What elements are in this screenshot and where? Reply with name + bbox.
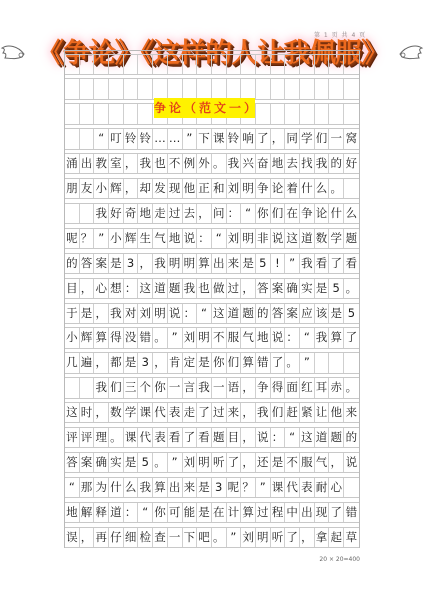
grid-cell: 正 (197, 179, 212, 198)
grid-cell: 3 (124, 254, 139, 273)
grid-cell: 。 (212, 154, 227, 173)
grid-cell: 。 (329, 179, 344, 198)
grid-cell (65, 378, 80, 397)
grid-cell: 却 (138, 179, 153, 198)
grid-cell: 理 (94, 428, 109, 447)
grid-cell: 说 (168, 304, 183, 323)
grid-cell: 实 (109, 453, 124, 472)
grid-row: 我们三个你一言我一语，争得面红耳赤。 (65, 374, 359, 399)
grid-cell (300, 55, 315, 74)
grid-cell: 课 (138, 403, 153, 422)
grid-row: 涌出教室，我也不例外。我兴奋地去找我的好 (65, 150, 359, 175)
row-cells: 朋友小辉，却发现他正和刘明争论着什么。 (65, 179, 359, 199)
grid-cell (153, 79, 168, 98)
grid-cell: 说 (256, 428, 271, 447)
grid-cell: 的 (329, 154, 344, 173)
grid-cell: 拿 (315, 528, 330, 547)
grid-cell: 算 (241, 353, 256, 372)
grid-cell: 在 (212, 503, 227, 522)
grid-cell: ： (183, 304, 198, 323)
grid-cell: ” (168, 453, 183, 472)
grid-cell: 他 (329, 403, 344, 422)
grid-cell: 了 (285, 528, 300, 547)
grid-cell: ， (80, 279, 95, 298)
grid-cell: 道 (109, 503, 124, 522)
essay-heading: 争论（范文一） (154, 98, 255, 118)
row-cells: “那为什么我算出来是3呢？”课代表耐心 (65, 478, 359, 498)
grid-cell: ， (80, 528, 95, 547)
grid-cell: 心 (329, 478, 344, 497)
grid-cell: 明 (153, 304, 168, 323)
grid-cell: ？ (80, 229, 95, 248)
grid-cell: ： (227, 204, 242, 223)
grid-cell: 着 (285, 179, 300, 198)
grid-cell: 出 (300, 503, 315, 522)
grid-cell (256, 79, 271, 98)
grid-cell (138, 79, 153, 98)
grid-cell: 了 (329, 254, 344, 273)
grid-cell: 再 (94, 528, 109, 547)
grid-cell: 了 (183, 428, 198, 447)
grid-cell: 案 (285, 304, 300, 323)
grid-cell: 们 (271, 204, 286, 223)
grid-cell: 非 (256, 229, 271, 248)
grid-cell: 表 (153, 428, 168, 447)
grid-cell: 的 (344, 428, 359, 447)
grid-cell (65, 129, 80, 148)
grid-cell: 三 (124, 378, 139, 397)
grid-cell: ” (168, 328, 183, 347)
grid-cell: 听 (271, 528, 286, 547)
grid-cell (285, 79, 300, 98)
grid-cell: 课 (271, 478, 286, 497)
grid-row: 小辉算得没错。”刘明不服气地说：“我算了 (65, 324, 359, 349)
grid-cell: 道 (153, 279, 168, 298)
grid-cell (271, 79, 286, 98)
grid-cell: 我 (256, 403, 271, 422)
grid-cell: 学 (329, 229, 344, 248)
grid-cell: “ (285, 428, 300, 447)
grid-cell: 案 (271, 279, 286, 298)
grid-cell: ， (124, 179, 139, 198)
grid-cell: 检 (138, 528, 153, 547)
grid-cell (124, 79, 139, 98)
grid-size-label: 20 × 20=400 (300, 556, 360, 563)
grid-row: 答案确实是5。”刘明听了，还是不服气，说 (65, 448, 359, 473)
grid-cell (109, 79, 124, 98)
grid-cell (183, 55, 198, 74)
grid-cell: ： (197, 229, 212, 248)
grid-cell: “ (241, 204, 256, 223)
grid-cell: 铃 (227, 129, 242, 148)
grid-cell: 。 (153, 453, 168, 472)
grid-cell: 过 (168, 204, 183, 223)
grid-cell: 是 (80, 304, 95, 323)
grid-cell: 题 (344, 229, 359, 248)
grid-cell (271, 55, 286, 74)
grid-cell: 定 (183, 353, 198, 372)
grid-cell: 问 (212, 204, 227, 223)
grid-cell: 是 (197, 503, 212, 522)
grid-cell: 5 (344, 304, 359, 323)
grid-cell (65, 55, 80, 74)
grid-cell: 同 (285, 129, 300, 148)
grid-cell: 地 (168, 229, 183, 248)
grid-cell: “ (138, 503, 153, 522)
grid-cell: 我 (109, 304, 124, 323)
grid-cell: 们 (109, 378, 124, 397)
grid-cell: 草 (344, 528, 359, 547)
grid-cell: ， (241, 428, 256, 447)
grid-cell: 是 (241, 254, 256, 273)
grid-cell (65, 204, 80, 223)
grid-cell: 过 (256, 503, 271, 522)
grid-cell: ： (285, 328, 300, 347)
grid-cell: 是 (109, 254, 124, 273)
grid-cell: 奇 (124, 204, 139, 223)
grid-cell: 赶 (285, 403, 300, 422)
grid-cell: 我 (94, 204, 109, 223)
grid-cell (329, 353, 344, 372)
grid-cell: 么 (315, 179, 330, 198)
grid-cell: 呢 (227, 478, 242, 497)
grid-cell: 。 (153, 328, 168, 347)
grid-cell (329, 104, 344, 123)
grid-cell: 地 (138, 204, 153, 223)
grid-cell: 那 (80, 478, 95, 497)
wing-right-icon (398, 42, 424, 64)
grid-cell: 错 (256, 353, 271, 372)
grid-cell: 案 (80, 453, 95, 472)
grid-cell: 了 (227, 453, 242, 472)
grid-cell: … (168, 129, 183, 148)
row-cells: 评评理。课代表看了看题目，说：“这道题的 (65, 428, 359, 448)
grid-cell: 现 (315, 503, 330, 522)
grid-cell: ， (94, 304, 109, 323)
grid-cell: “ (94, 129, 109, 148)
row-cells: 我们三个你一言我一语，争得面红耳赤。 (65, 378, 359, 398)
grid-cell: 3 (138, 353, 153, 372)
grid-cell (80, 104, 95, 123)
grid-cell: 在 (285, 204, 300, 223)
grid-cell: 刘 (183, 328, 198, 347)
grid-cell: 算 (241, 503, 256, 522)
grid-cell: 铃 (124, 129, 139, 148)
grid-row: 几遍，都是3，肯定是你们算错了。” (65, 349, 359, 374)
grid-cell: ， (153, 353, 168, 372)
grid-cell: 学 (300, 129, 315, 148)
grid-cell (344, 55, 359, 74)
grid-cell: 语 (227, 378, 242, 397)
grid-cell: 走 (153, 204, 168, 223)
grid-cell (183, 79, 198, 98)
grid-cell: 争 (300, 204, 315, 223)
row-cells: 几遍，都是3，肯定是你们算错了。” (65, 353, 359, 373)
grid-cell: 明 (197, 328, 212, 347)
grid-cell: 小 (109, 229, 124, 248)
grid-cell: ， (300, 528, 315, 547)
grid-cell: 紧 (300, 403, 315, 422)
grid-cell: 了 (329, 503, 344, 522)
grid-cell (344, 353, 359, 372)
grid-cell: 刘 (241, 528, 256, 547)
grid-cell (315, 55, 330, 74)
grid-cell: 误 (65, 528, 80, 547)
grid-cell: 是 (124, 453, 139, 472)
grid-cell: ？ (241, 478, 256, 497)
grid-cell (80, 204, 95, 223)
grid-row: 目，心想：这道题我也做过，答案确实是5。 (65, 274, 359, 299)
grid-cell: 下 (197, 129, 212, 148)
row-cells: 小辉算得没错。”刘明不服气地说：“我算了 (65, 328, 359, 348)
grid-cell: 来 (227, 254, 242, 273)
grid-cell: 我 (300, 254, 315, 273)
grid-cell: 都 (109, 353, 124, 372)
grid-cell: 过 (212, 403, 227, 422)
grid-cell: 们 (271, 403, 286, 422)
grid-cell: 的 (65, 254, 80, 273)
grid-cell: 争 (256, 378, 271, 397)
grid-cell: 去 (285, 154, 300, 173)
grid-cell (271, 104, 286, 123)
grid-cell: 我 (183, 279, 198, 298)
grid-cell: 论 (271, 179, 286, 198)
grid-cell (109, 104, 124, 123)
grid-cell (168, 55, 183, 74)
grid-cell: … (153, 129, 168, 148)
grid-cell: 明 (183, 254, 198, 273)
grid-cell: 道 (227, 304, 242, 323)
grid-cell: 找 (300, 154, 315, 173)
grid-cell: 是 (197, 478, 212, 497)
grid-cell: 心 (94, 279, 109, 298)
grid-cell: 看 (315, 254, 330, 273)
grid-cell: 不 (285, 453, 300, 472)
grid-cell: 。 (344, 378, 359, 397)
grid-cell (80, 129, 95, 148)
grid-cell: 算 (197, 254, 212, 273)
grid-cell (94, 55, 109, 74)
grid-cell: 走 (183, 403, 198, 422)
grid-cell: 了 (271, 353, 286, 372)
grid-cell: 说 (344, 453, 359, 472)
grid-cell: 我 (138, 154, 153, 173)
grid-cell: 们 (227, 353, 242, 372)
grid-cell (256, 55, 271, 74)
grid-cell: “ (197, 304, 212, 323)
grid-cell: 好 (344, 154, 359, 173)
grid-cell (285, 55, 300, 74)
grid-cell: 答 (256, 279, 271, 298)
grid-cell: 了 (344, 328, 359, 347)
grid-cell: 服 (300, 453, 315, 472)
grid-cell: 你 (153, 378, 168, 397)
grid-cell: 计 (227, 503, 242, 522)
grid-cell: 你 (153, 503, 168, 522)
grid-cell: ， (241, 403, 256, 422)
grid-cell: 得 (109, 328, 124, 347)
grid-cell: ” (183, 129, 198, 148)
grid-cell: 现 (168, 179, 183, 198)
grid-cell: “ (65, 478, 80, 497)
grid-cell: 地 (65, 503, 80, 522)
grid-cell: ： (124, 503, 139, 522)
grid-cell: 5 (256, 254, 271, 273)
grid-cell: 做 (212, 279, 227, 298)
grid-cell: 辉 (124, 229, 139, 248)
grid-cell: 。 (285, 353, 300, 372)
grid-cell: 个 (138, 378, 153, 397)
grid-cell: 时 (80, 403, 95, 422)
grid-cell: 不 (168, 154, 183, 173)
grid-cell: 出 (80, 154, 95, 173)
grid-cell: 释 (94, 503, 109, 522)
grid-cell (344, 179, 359, 198)
grid-cell: 吧 (197, 528, 212, 547)
grid-cell: 让 (315, 403, 330, 422)
grid-cell: 表 (300, 478, 315, 497)
grid-cell: 一 (329, 129, 344, 148)
grid-cell: 我 (315, 154, 330, 173)
grid-cell (241, 79, 256, 98)
grid-cell (168, 79, 183, 98)
grid-row: 呢？”小辉生气地说：“刘明非说这道数学题 (65, 224, 359, 249)
grid-cell: 气 (241, 328, 256, 347)
grid-cell: ” (256, 478, 271, 497)
grid-cell (344, 478, 359, 497)
grid-cell: 来 (344, 403, 359, 422)
grid-cell: “ (300, 328, 315, 347)
grid-cell: 5 (329, 279, 344, 298)
grid-cell: 3 (212, 478, 227, 497)
grid-cell: 说 (183, 229, 198, 248)
grid-cell: 明 (197, 453, 212, 472)
grid-cell: 也 (153, 154, 168, 173)
grid-cell: 错 (344, 503, 359, 522)
grid-cell: 这 (138, 279, 153, 298)
grid-cell: 小 (94, 179, 109, 198)
grid-cell: 是 (315, 279, 330, 298)
grid-cell: 刘 (227, 179, 242, 198)
grid-cell (153, 55, 168, 74)
grid-cell: 奋 (256, 154, 271, 173)
grid-cell: 没 (124, 328, 139, 347)
grid-cell: 题 (241, 304, 256, 323)
grid-cell (329, 79, 344, 98)
grid-cell: 起 (329, 528, 344, 547)
grid-cell (80, 378, 95, 397)
grid-cell: 题 (212, 428, 227, 447)
grid-cell: ， (94, 403, 109, 422)
grid-cell: 明 (241, 179, 256, 198)
grid-cell: 一 (168, 378, 183, 397)
grid-cell (65, 104, 80, 123)
grid-cell: 明 (168, 254, 183, 273)
grid-cell: 好 (109, 204, 124, 223)
grid-cell: 这 (212, 304, 227, 323)
grid-cell (109, 55, 124, 74)
grid-cell: 的 (256, 304, 271, 323)
grid-cell: 代 (138, 428, 153, 447)
grid-cell (329, 55, 344, 74)
grid-row (65, 50, 359, 75)
grid-cell: 答 (271, 304, 286, 323)
grid-cell: ” (300, 353, 315, 372)
grid-cell: 。 (344, 279, 359, 298)
grid-cell (80, 79, 95, 98)
grid-cell: 代 (285, 478, 300, 497)
row-cells: 呢？”小辉生气地说：“刘明非说这道数学题 (65, 229, 359, 249)
grid-cell: 么 (344, 204, 359, 223)
grid-cell: ， (241, 378, 256, 397)
grid-cell (80, 55, 95, 74)
grid-cell: 和 (212, 179, 227, 198)
grid-row: 地解释道：“你可能是在计算过程中出现了错 (65, 498, 359, 523)
grid-cell: 来 (183, 478, 198, 497)
grid-cell (138, 104, 153, 123)
grid-cell: ， (124, 154, 139, 173)
grid-cell: 们 (315, 129, 330, 148)
grid-cell: 我 (227, 154, 242, 173)
grid-cell: 气 (153, 229, 168, 248)
grid-cell: 课 (124, 428, 139, 447)
grid-row: 的答案是3，我明明算出来是5!”我看了看 (65, 249, 359, 274)
grid-cell: ： (124, 279, 139, 298)
grid-cell: 我 (315, 328, 330, 347)
grid-cell: 了 (256, 129, 271, 148)
grid-cell: 该 (315, 304, 330, 323)
grid-cell: 面 (285, 378, 300, 397)
grid-cell: 数 (315, 229, 330, 248)
grid-cell (315, 104, 330, 123)
grid-cell: 气 (315, 453, 330, 472)
grid-cell: 教 (94, 154, 109, 173)
grid-cell: 代 (153, 403, 168, 422)
grid-cell: 题 (329, 428, 344, 447)
grid-cell: 也 (197, 279, 212, 298)
grid-cell: 什 (329, 204, 344, 223)
row-cells: 涌出教室，我也不例外。我兴奋地去找我的好 (65, 154, 359, 174)
grid-cell: 地 (271, 154, 286, 173)
grid-cell: 红 (300, 378, 315, 397)
grid-cell (344, 104, 359, 123)
grid-cell: 我 (138, 478, 153, 497)
grid-row: “那为什么我算出来是3呢？”课代表耐心 (65, 473, 359, 498)
grid-cell: 这 (285, 229, 300, 248)
grid-cell: 看 (168, 428, 183, 447)
grid-cell: 室 (109, 154, 124, 173)
grid-cell: 生 (138, 229, 153, 248)
grid-cell: 。 (109, 428, 124, 447)
grid-cell: ， (271, 129, 286, 148)
grid-cell: 刘 (227, 229, 242, 248)
grid-cell: 他 (183, 179, 198, 198)
grid-cell: ， (197, 204, 212, 223)
grid-cell: 评 (80, 428, 95, 447)
grid-cell: ， (94, 353, 109, 372)
grid-cell: 一 (212, 378, 227, 397)
grid-cell: 我 (153, 254, 168, 273)
grid-cell (315, 79, 330, 98)
grid-cell: 是 (124, 353, 139, 372)
grid-cell (227, 55, 242, 74)
grid-cell: 辉 (80, 328, 95, 347)
grid-cell: 听 (212, 453, 227, 472)
grid-cell: 想 (109, 279, 124, 298)
grid-cell (315, 353, 330, 372)
grid-cell: 么 (124, 478, 139, 497)
grid-cell: 道 (315, 428, 330, 447)
